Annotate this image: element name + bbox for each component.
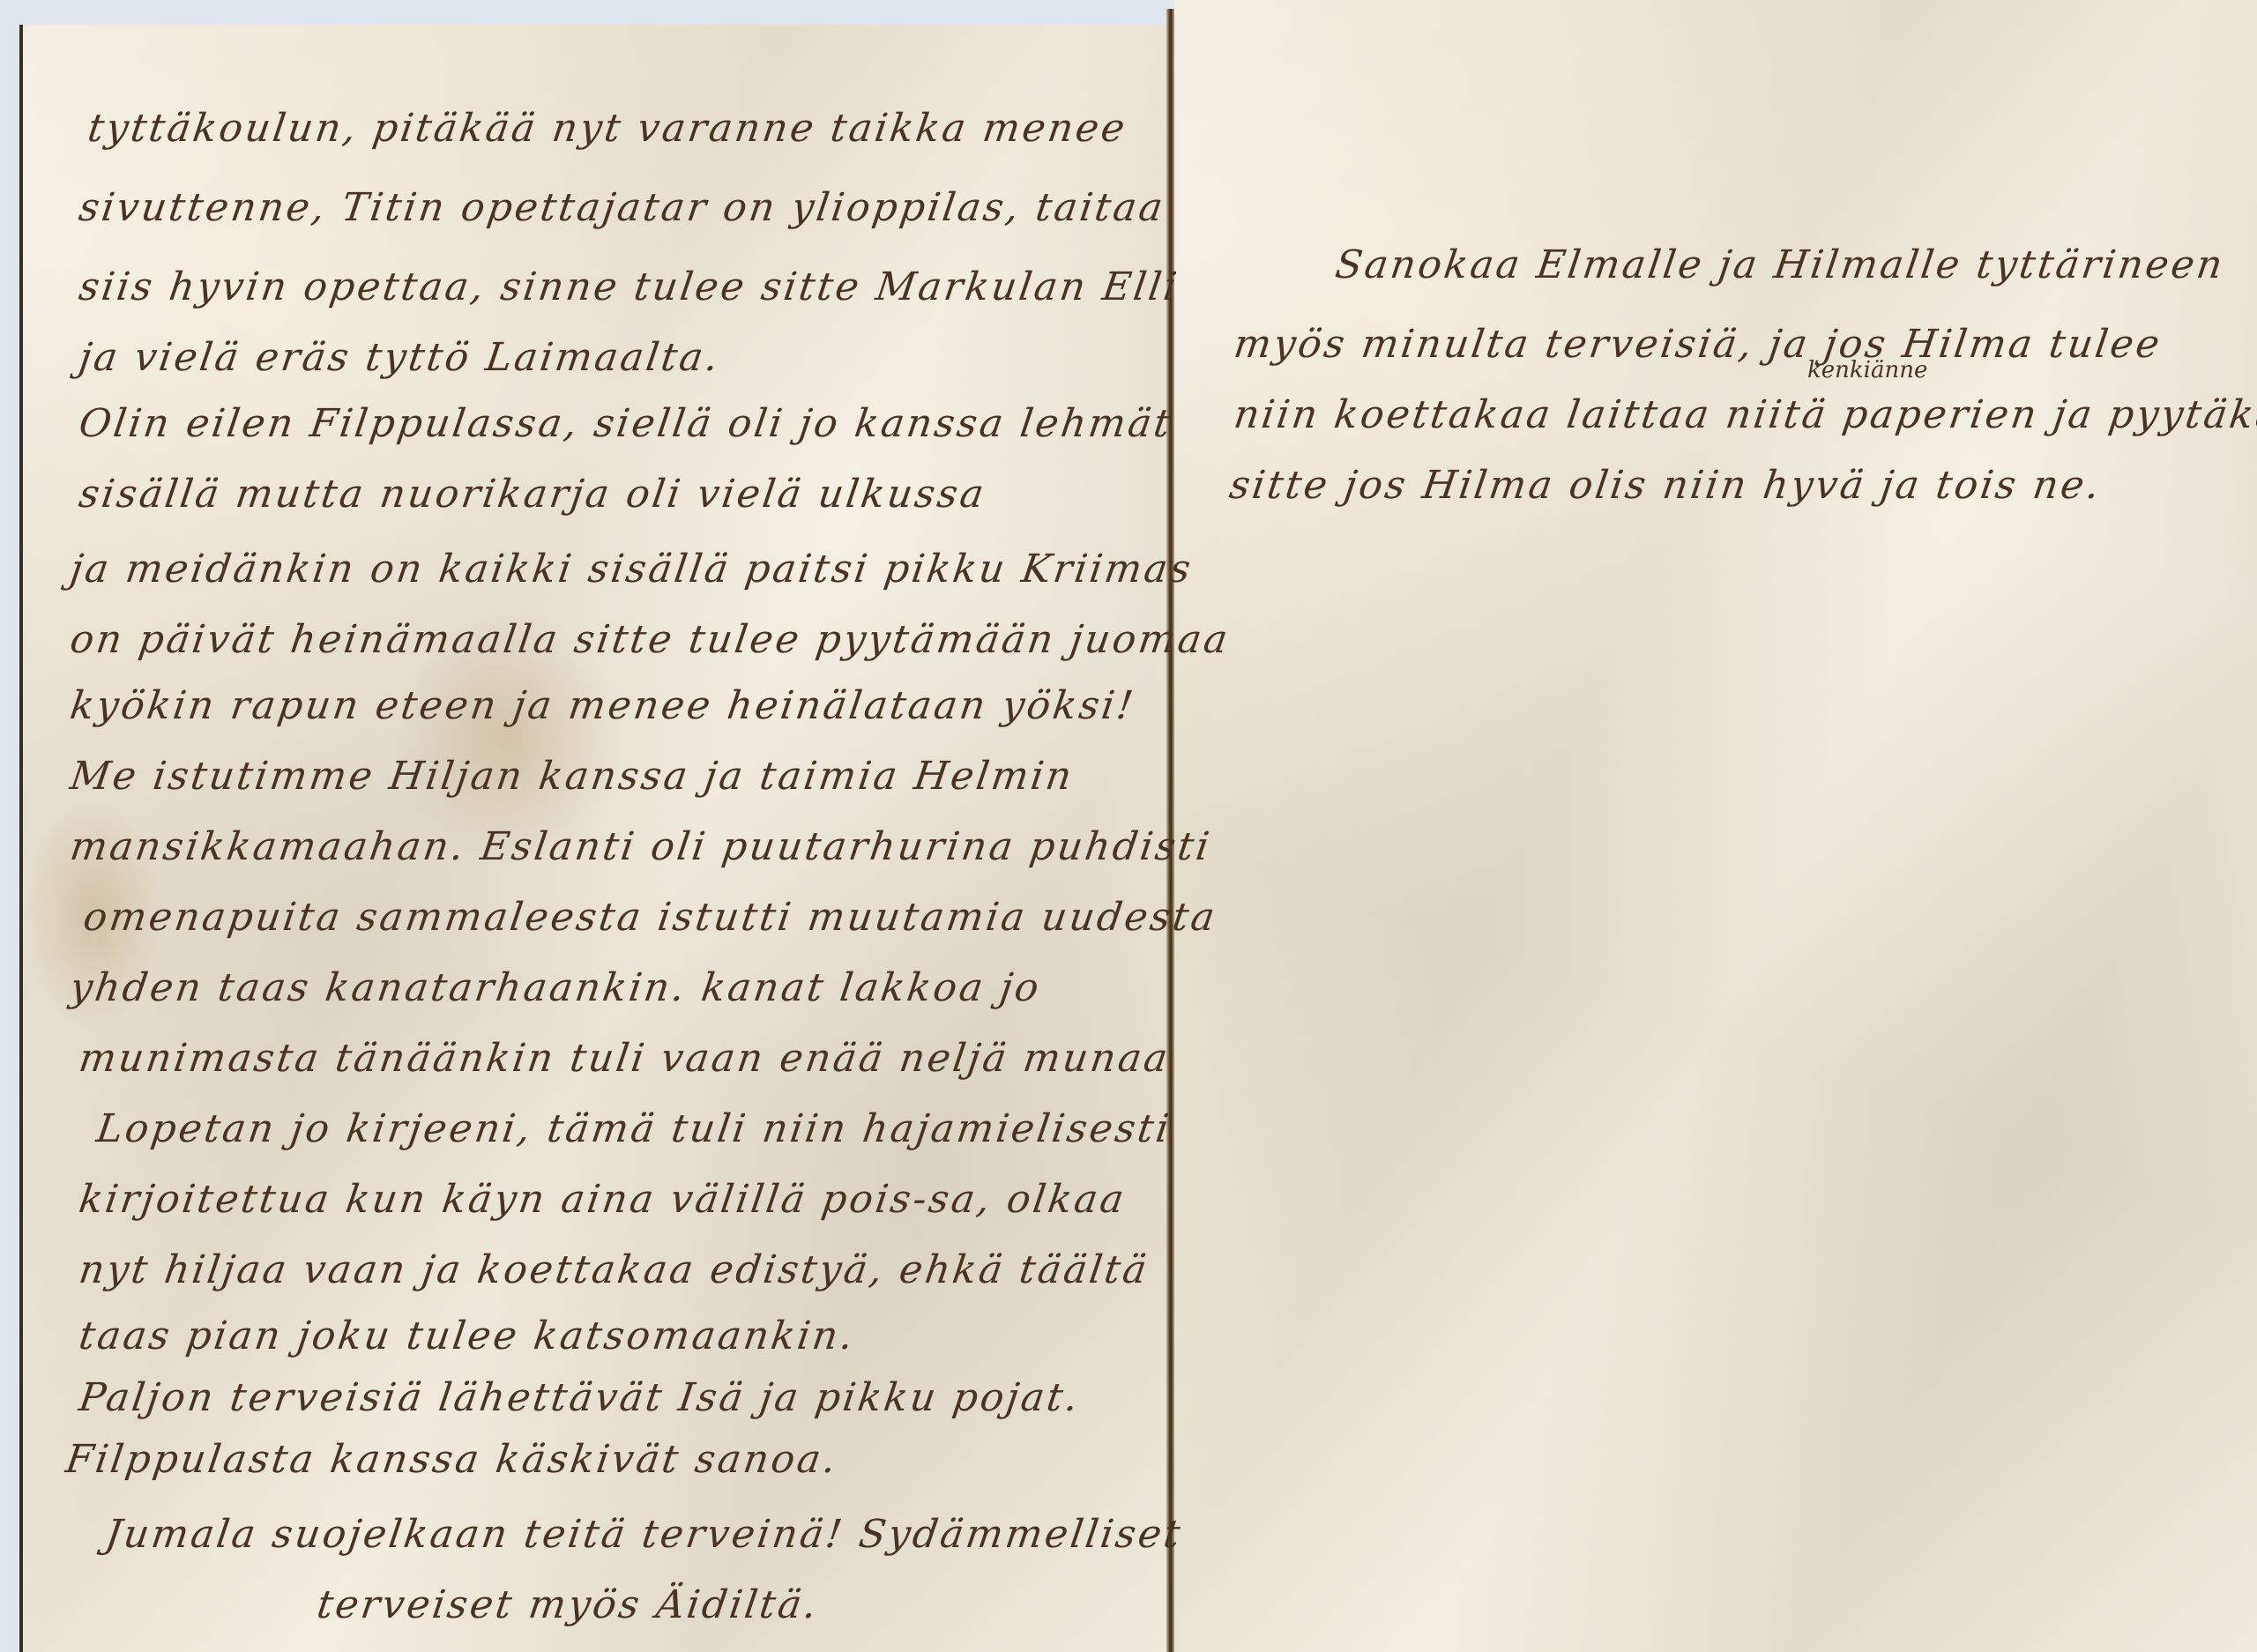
letter-line: sitte jos Hilma olis niin hyvä ja tois n… [1226,463,2104,508]
letter-line: tyttäkoulun, pitäkää nyt varanne taikka … [85,106,1129,151]
letter-line: mansikkamaahan. Eslanti oli puutarhurina… [67,824,1214,869]
letter-line: munimasta tänäänkin tuli vaan enää neljä… [76,1036,1173,1081]
letter-line: Jumala suojelkaan teitä terveinä! Sydämm… [102,1512,1185,1557]
letter-line: kyökin rapun eteen ja menee heinälataan … [67,683,1138,728]
letter-line: on päivät heinämaalla sitte tulee pyytäm… [67,617,1233,662]
letter-line: Filppulasta kanssa käskivät sanoa. [63,1437,841,1482]
letter-line: Olin eilen Filppulassa, siellä oli jo ka… [76,401,1175,446]
letter-line: omenapuita sammaleesta istutti muutamia … [80,895,1219,940]
letter-line: sivuttenne, Titin opettajatar on ylioppi… [76,185,1167,230]
letter-line: Sanokaa Elmalle ja Hilmalle tyttärineen [1332,242,2227,287]
letter-line: niin koettakaa laittaa niitä paperien ja… [1231,392,2257,437]
letter-line: Me istutimme Hiljan kanssa ja taimia Hel… [67,754,1076,799]
letter-signature: terveiset myös Äidiltä. [314,1582,822,1627]
letter-line: siis hyvin opettaa, sinne tulee sitte Ma… [76,264,1181,309]
letter-line: sisällä mutta nuorikarja oli vielä ulkus… [76,472,988,517]
letter-line: kirjoitettua kun käyn aina välillä pois-… [76,1177,1128,1222]
letter-line: myös minulta terveisiä, ja jos Hilma tul… [1231,322,2164,367]
letter-line: ja meidänkin on kaikki sisällä paitsi pi… [67,547,1196,592]
letter-line: yhden taas kanatarhaankin. kanat lakkoa … [67,965,1044,1010]
letter-line: Lopetan jo kirjeeni, tämä tuli niin haja… [93,1106,1174,1151]
letter-line: nyt hiljaa vaan ja koettakaa edistyä, eh… [76,1247,1151,1292]
letter-line: ja vielä eräs tyttö Laimaalta. [76,335,723,380]
letter-line: Paljon terveisiä lähettävät Isä ja pikku… [76,1375,1083,1420]
interlinear-note: kenkiänne [1807,357,1927,383]
letter-line: taas pian joku tulee katsomaankin. [76,1313,858,1358]
